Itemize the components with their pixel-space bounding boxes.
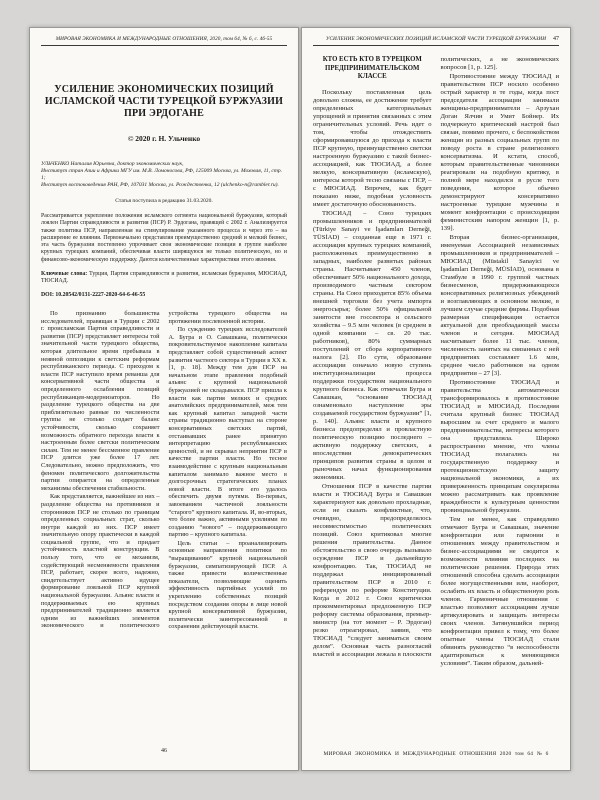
section-heading-line1: КТО ЕСТЬ КТО В ТУРЕЦКОМ <box>323 56 422 63</box>
article-title-line1: УСИЛЕНИЕ ЭКОНОМИЧЕСКИХ ПОЗИЦИЙ <box>41 84 287 96</box>
page-number-left: 46 <box>30 748 298 754</box>
body-text-left: По признанию большинства исследователей,… <box>41 310 287 708</box>
received-date: Статья поступила в редакцию 31.03.2020. <box>41 198 287 204</box>
header-rule-right <box>313 45 559 46</box>
paragraph: По признанию большинства исследователей,… <box>41 310 160 492</box>
body-text-right: КТО ЕСТЬ КТО В ТУРЕЦКОМ ПРЕДПРИНИМАТЕЛЬС… <box>313 56 559 730</box>
section-heading-line2: ПРЕДПРИНИМАТЕЛЬСКОМ КЛАССЕ <box>325 65 419 81</box>
journal-footer: МИРОВАЯ ЭКОНОМИКА И МЕЖДУНАРОДНЫЕ ОТНОШЕ… <box>302 751 570 757</box>
paragraph: ТЮСИАД – Союз турецких промышленников и … <box>313 210 432 482</box>
article-title: УСИЛЕНИЕ ЭКОНОМИЧЕСКИХ ПОЗИЦИЙ ИСЛАМСКОЙ… <box>41 84 287 120</box>
paragraph: Противостояние ТЮСИАД и правительства ав… <box>441 379 560 515</box>
paragraph: Цель статьи – проанализировать основные … <box>169 540 288 631</box>
paragraph: Вторая бизнес-организация, именуемая Асс… <box>441 234 560 378</box>
article-byline: © 2020 г. Н. Ульченко <box>41 134 287 143</box>
header-rule-left <box>41 45 287 46</box>
journal-spread: МИРОВАЯ ЭКОНОМИКА И МЕЖДУНАРОДНЫЕ ОТНОШЕ… <box>0 0 600 800</box>
section-heading: КТО ЕСТЬ КТО В ТУРЕЦКОМ ПРЕДПРИНИМАТЕЛЬС… <box>313 56 432 82</box>
paragraph: Поскольку поставленная цель довольно сло… <box>313 89 432 209</box>
affiliation-line: Институт востоковедения РАН, РФ, 107031 … <box>41 182 287 189</box>
article-title-line2: ИСЛАМСКОЙ ЧАСТИ ТУРЕЦКОЙ БУРЖУАЗИИ ПРИ Э… <box>41 96 287 120</box>
author-affiliation: УЛЬЧЕНКО Наталия Юрьевна, доктор экономи… <box>41 161 287 189</box>
paragraph: По суждению турецких исследователей А. Б… <box>169 326 288 539</box>
page-46: МИРОВАЯ ЭКОНОМИКА И МЕЖДУНАРОДНЫЕ ОТНОШЕ… <box>29 27 299 771</box>
affiliation-line: УЛЬЧЕНКО Наталия Юрьевна, доктор экономи… <box>41 161 287 168</box>
page-number-right: 47 <box>553 36 559 42</box>
running-head-row-left: МИРОВАЯ ЭКОНОМИКА И МЕЖДУНАРОДНЫЕ ОТНОШЕ… <box>41 36 287 43</box>
keywords-label: Ключевые слова: <box>41 271 89 277</box>
abstract-text: Рассматривается укрепление положения исл… <box>41 213 287 264</box>
running-head-right: УСИЛЕНИЕ ЭКОНОМИЧЕСКИХ ПОЗИЦИЙ ИСЛАМСКОЙ… <box>313 36 559 43</box>
keywords-block: Ключевые слова: Турция, Партия справедли… <box>41 271 287 285</box>
running-head-row-right: УСИЛЕНИЕ ЭКОНОМИЧЕСКИХ ПОЗИЦИЙ ИСЛАМСКОЙ… <box>313 36 559 43</box>
running-head-left: МИРОВАЯ ЭКОНОМИКА И МЕЖДУНАРОДНЫЕ ОТНОШЕ… <box>41 36 287 43</box>
page-47: УСИЛЕНИЕ ЭКОНОМИЧЕСКИХ ПОЗИЦИЙ ИСЛАМСКОЙ… <box>301 27 571 771</box>
paragraph: Противостояние между ТЮСИАД и правительс… <box>441 73 560 233</box>
doi-line: DOI: 10.20542/0131-2227-2020-64-6-46-55 <box>41 292 287 298</box>
paragraph: Тем не менее, как справедливо отмечают Б… <box>441 516 560 668</box>
affiliation-line: Институт стран Азии и Африки МГУ им. М.В… <box>41 168 287 182</box>
